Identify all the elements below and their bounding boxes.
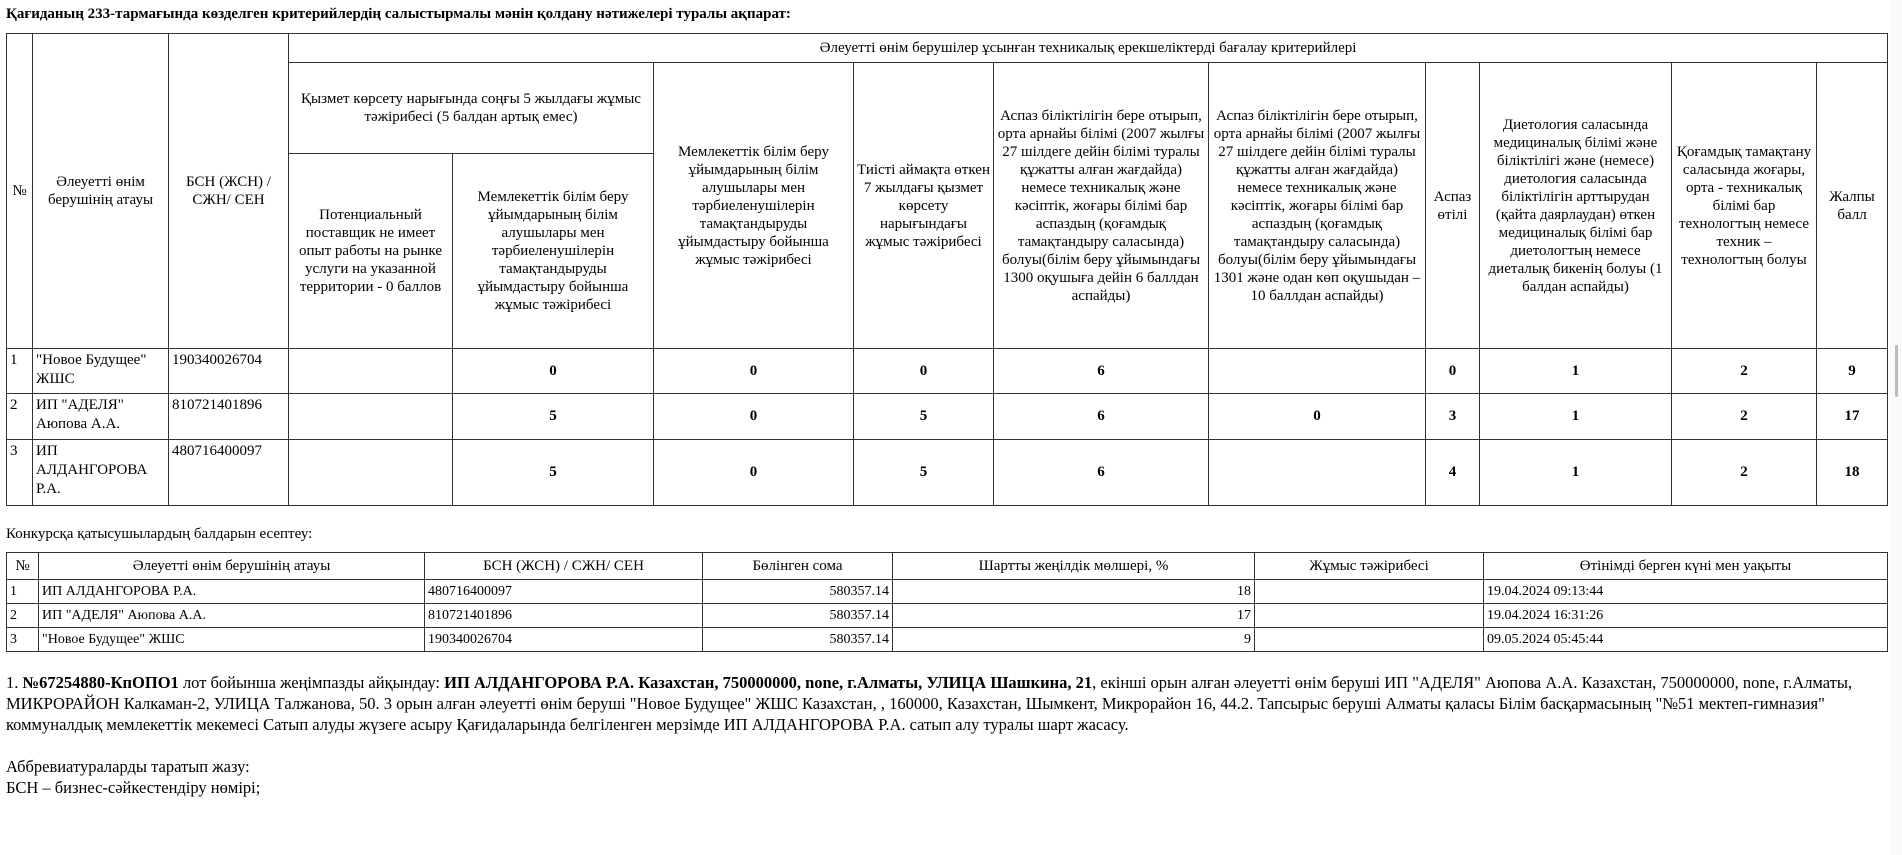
header-name: Әлеуетті өнім берушінің атауы: [39, 553, 425, 580]
cell-sum: 580357.14: [703, 628, 893, 652]
header-no: №: [7, 34, 33, 349]
cell-score: 3: [1426, 394, 1480, 440]
cell-experience: [1255, 628, 1484, 652]
cell-score: 2: [1672, 440, 1817, 506]
header-no-experience: Потенциальный поставщик не имеет опыт ра…: [289, 154, 453, 349]
cell-score: 0: [1426, 349, 1480, 394]
cell-bin: 190340026704: [169, 349, 289, 394]
table-row: 2 ИП "АДЕЛЯ" Аюпова А.А. 810721401896 58…: [7, 604, 1888, 628]
cell-experience: [1255, 604, 1484, 628]
cell-bin: 480716400097: [169, 440, 289, 506]
cell-date: 09.05.2024 05:45:44: [1484, 628, 1888, 652]
cell-score: [1209, 349, 1426, 394]
result-prefix: 1.: [6, 673, 23, 692]
cell-score: 5: [854, 440, 994, 506]
table-row: 1 "Новое Будущее" ЖШС 190340026704 0 0 0…: [7, 349, 1888, 394]
cell-no: 1: [7, 349, 33, 394]
header-submission-date: Өтінімді берген күні мен уақыты: [1484, 553, 1888, 580]
cell-score: 1: [1480, 440, 1672, 506]
cell-sum: 580357.14: [703, 604, 893, 628]
cell-no: 2: [7, 604, 39, 628]
cell-no: 3: [7, 440, 33, 506]
header-region-7yr: Тиісті аймақта өткен 7 жылдағы қызмет кө…: [854, 63, 994, 349]
cell-score: [289, 349, 453, 394]
abbreviations-section: Аббревиатураларды таратып жазу: БСН – би…: [6, 756, 1887, 798]
table-row: 1 ИП АЛДАНГОРОВА Р.А. 480716400097 58035…: [7, 580, 1888, 604]
cell-score: 0: [654, 440, 854, 506]
cell-discount: 9: [893, 628, 1255, 652]
cell-name: ИП "АДЕЛЯ" Аюпова А.А.: [33, 394, 169, 440]
cell-no: 2: [7, 394, 33, 440]
cell-score: 6: [994, 394, 1209, 440]
cell-discount: 17: [893, 604, 1255, 628]
cell-score: [289, 440, 453, 506]
cell-discount: 18: [893, 580, 1255, 604]
header-bin: БСН (ЖСН) / СЖН/ СЕН: [425, 553, 703, 580]
cell-score: 0: [453, 349, 654, 394]
criteria-caption: Қағиданың 233-тармағында көзделген крите…: [6, 6, 1887, 23]
calc-header-row: № Әлеуетті өнім берушінің атауы БСН (ЖСН…: [7, 553, 1888, 580]
header-state-edu-sub: Мемлекеттік білім беру ұйымдарының білім…: [453, 154, 654, 349]
cell-score: 6: [994, 440, 1209, 506]
cell-score: 0: [654, 349, 854, 394]
header-state-edu-experience: Мемлекеттік білім беру ұйымдарының білім…: [654, 63, 854, 349]
cell-name: ИП "АДЕЛЯ" Аюпова А.А.: [39, 604, 425, 628]
cell-score: 6: [994, 349, 1209, 394]
cell-total: 17: [1817, 394, 1888, 440]
scrollbar-thumb[interactable]: [1895, 345, 1898, 397]
calc-caption: Конкурсқа қатысушылардың балдарын есепте…: [6, 526, 1887, 543]
cell-score: 5: [453, 440, 654, 506]
cell-date: 19.04.2024 16:31:26: [1484, 604, 1888, 628]
header-discount: Шартты жеңілдік мөлшері, %: [893, 553, 1255, 580]
vertical-scrollbar[interactable]: [1890, 0, 1902, 855]
cell-experience: [1255, 580, 1484, 604]
cell-score: 1: [1480, 394, 1672, 440]
result-lot-text: лот бойынша жеңімпазды айқындау:: [179, 673, 444, 692]
header-no: №: [7, 553, 39, 580]
table-row: 3 "Новое Будущее" ЖШС 190340026704 58035…: [7, 628, 1888, 652]
cell-score: 2: [1672, 349, 1817, 394]
lot-number: №67254880-КпОПО1: [23, 673, 179, 692]
abbreviation-item: БСН – бизнес-сәйкестендіру нөмірі;: [6, 777, 1887, 798]
winner-paragraph: 1. №67254880-КпОПО1 лот бойынша жеңімпаз…: [6, 672, 1886, 735]
cell-name: ИП АЛДАНГОРОВА Р.А.: [33, 440, 169, 506]
header-technologist: Қоғамдық тамақтану саласында жоғары, орт…: [1672, 63, 1817, 349]
cell-score: 0: [854, 349, 994, 394]
cell-score: 5: [854, 394, 994, 440]
document-page: Қағиданың 233-тармағында көзделген крите…: [6, 0, 1887, 798]
criteria-table: № Әлеуетті өнім берушінің атауы БСН (ЖСН…: [6, 33, 1888, 506]
cell-bin: 810721401896: [425, 604, 703, 628]
cell-score: 0: [1209, 394, 1426, 440]
cell-date: 19.04.2024 09:13:44: [1484, 580, 1888, 604]
score-calculation-table: № Әлеуетті өнім берушінің атауы БСН (ЖСН…: [6, 552, 1888, 652]
cell-score: [1209, 440, 1426, 506]
cell-score: 0: [654, 394, 854, 440]
cell-bin: 810721401896: [169, 394, 289, 440]
header-experience-5yr: Қызмет көрсету нарығында соңғы 5 жылдағы…: [289, 63, 654, 154]
cell-bin: 190340026704: [425, 628, 703, 652]
header-bin: БСН (ЖСН) / СЖН/ СЕН: [169, 34, 289, 349]
header-cook-1300: Аспаз біліктілігін бере отырып, орта арн…: [994, 63, 1209, 349]
cell-score: [289, 394, 453, 440]
cell-sum: 580357.14: [703, 580, 893, 604]
cell-name: "Новое Будущее" ЖШС: [33, 349, 169, 394]
header-name: Әлеуетті өнім берушінің атауы: [33, 34, 169, 349]
cell-no: 1: [7, 580, 39, 604]
header-cook-1301: Аспаз біліктілігін бере отырып, орта арн…: [1209, 63, 1426, 349]
cell-bin: 480716400097: [425, 580, 703, 604]
header-cook-tenure: Аспаз өтілі: [1426, 63, 1480, 349]
header-experience: Жұмыс тәжірибесі: [1255, 553, 1484, 580]
cell-score: 4: [1426, 440, 1480, 506]
cell-name: ИП АЛДАНГОРОВА Р.А.: [39, 580, 425, 604]
cell-name: "Новое Будущее" ЖШС: [39, 628, 425, 652]
cell-score: 1: [1480, 349, 1672, 394]
header-criteria-group: Әлеуетті өнім берушілер ұсынған техникал…: [289, 34, 1888, 63]
table-row: 2 ИП "АДЕЛЯ" Аюпова А.А. 810721401896 5 …: [7, 394, 1888, 440]
cell-total: 18: [1817, 440, 1888, 506]
cell-total: 9: [1817, 349, 1888, 394]
winner-details: ИП АЛДАНГОРОВА Р.А. Казахстан, 750000000…: [444, 673, 1092, 692]
table-row: 3 ИП АЛДАНГОРОВА Р.А. 480716400097 5 0 5…: [7, 440, 1888, 506]
header-total: Жалпы балл: [1817, 63, 1888, 349]
header-allocated-sum: Бөлінген сома: [703, 553, 893, 580]
cell-no: 3: [7, 628, 39, 652]
cell-score: 5: [453, 394, 654, 440]
cell-score: 2: [1672, 394, 1817, 440]
header-dietologist: Диетология саласында медициналық білімі …: [1480, 63, 1672, 349]
abbreviations-title: Аббревиатураларды таратып жазу:: [6, 756, 1887, 777]
